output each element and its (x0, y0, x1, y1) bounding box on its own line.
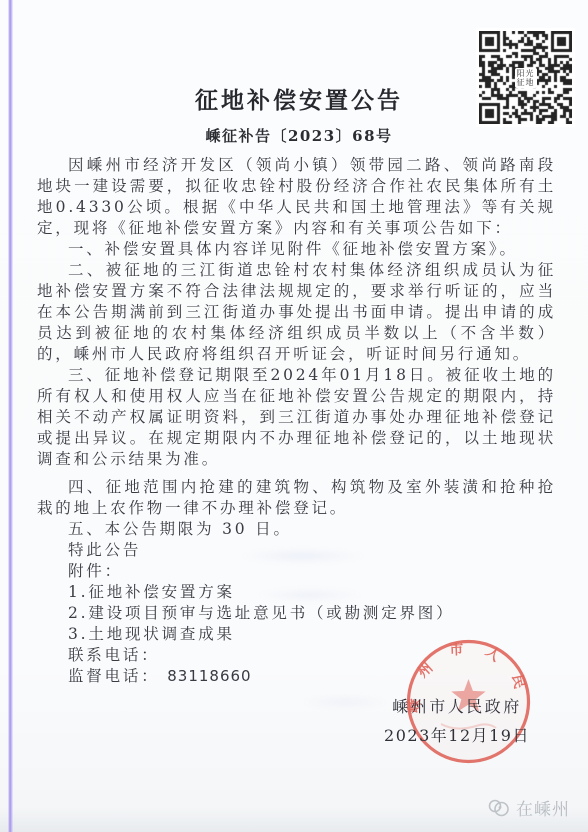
document-number: 嵊征补告〔2023〕68号 (30, 125, 568, 146)
intro-paragraph: 因嵊州市经济开发区（领尚小镇）领带园二路、领尚路南段地块一建设需要，拟征收忠铨村… (37, 155, 556, 239)
item-3-paragraph: 三、征地补偿登记期限至2024年01月18日。被征收土地的所有权人和使用权人应当… (37, 365, 556, 470)
item-2-paragraph: 二、被征地的三江街道忠铨村农村集体经济组织成员认为征地补偿安置方案不符合法律法规… (37, 260, 556, 365)
watermark: 在嵊州 (487, 795, 570, 820)
attachments-label: 附件： (37, 561, 556, 582)
scanned-document-page: 阳光 征地 征地补偿安置公告 嵊征补告〔2023〕68号 因嵊州市经济开发区（领… (0, 0, 588, 832)
item-4-paragraph: 四、征地范围内抢建的建筑物、构筑物及室外装潢和抢种抢栽的地上农作物一律不办理补偿… (37, 477, 556, 519)
scan-edge-line (8, 0, 13, 832)
supervision-phone: 83118660 (167, 667, 251, 685)
signature-block: 嵊州市人民政府 2023年12月19日 (384, 692, 530, 750)
item-1-paragraph: 一、补偿安置具体内容详见附件《征地补偿安置方案》。 (37, 239, 556, 260)
issue-date: 2023年12月19日 (384, 721, 530, 750)
qr-label-line1: 阳光 (517, 69, 535, 78)
supervision-label: 监督电话： (68, 667, 160, 685)
zaishengzhou-logo-icon (487, 796, 511, 820)
announcement-body: 因嵊州市经济开发区（领尚小镇）领带园二路、领尚路南段地块一建设需要，拟征收忠铨村… (37, 155, 556, 687)
page-title: 征地补偿安置公告 (30, 82, 568, 115)
attachment-item-2: 2.建设项目预审与选址意见书（或勘测定界图） (37, 603, 556, 624)
watermark-text: 在嵊州 (516, 795, 570, 820)
attachment-item-1: 1.征地补偿安置方案 (37, 582, 556, 603)
ink-ghosting (300, 695, 390, 709)
closing-line: 特此公告 (37, 540, 556, 561)
issuer-name: 嵊州市人民政府 (384, 692, 530, 721)
contact-label: 联系电话： (68, 646, 160, 664)
item-5-paragraph: 五、本公告期限为 30 日。 (37, 519, 556, 540)
